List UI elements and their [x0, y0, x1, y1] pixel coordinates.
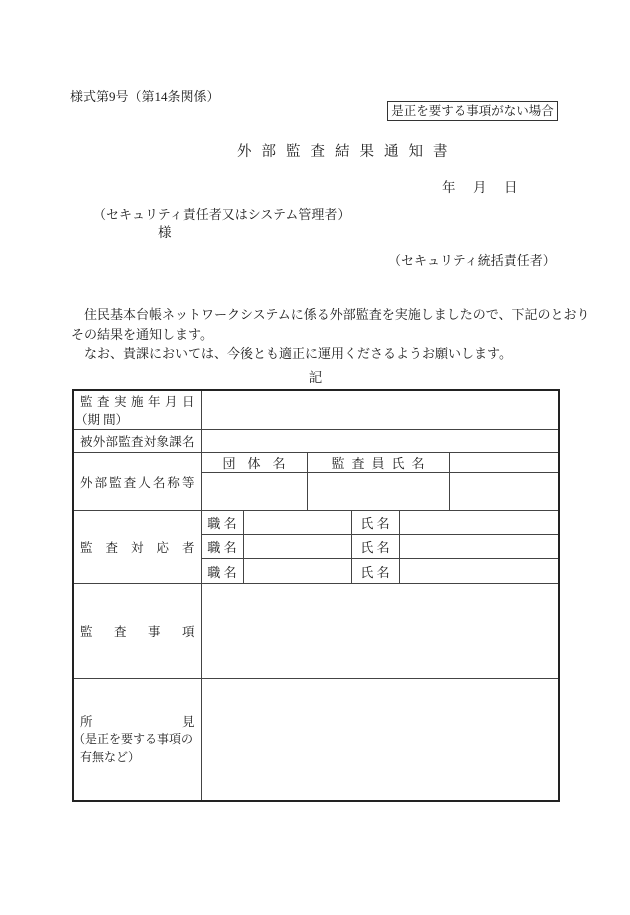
- recipient-honorific: 様: [158, 221, 172, 241]
- findings-label: 所見: [80, 712, 195, 730]
- respondent-name-value-cell: [399, 535, 559, 559]
- auditor-label-cell: 外部監査人名称等: [73, 453, 201, 511]
- correction-note-box: 是正を要する事項がない場合: [387, 101, 558, 121]
- org-name-value-cell: [201, 473, 307, 511]
- respondent-name-label: 氏 名: [351, 559, 399, 584]
- respondents-label: 監査対応者: [80, 538, 195, 556]
- issue-date-line: 年 月 日: [442, 176, 520, 196]
- respondent-title-label: 職 名: [201, 511, 243, 535]
- respondent-name-value-cell: [399, 511, 559, 535]
- audit-date-period-label: （期 間）: [80, 410, 195, 428]
- audited-section-label-cell: 被外部監査対象課名: [73, 430, 201, 453]
- ki-marker: 記: [72, 366, 559, 386]
- auditor-label: 外部監査人名称等: [80, 473, 195, 491]
- correction-note-text: 是正を要する事項がない場合: [391, 104, 554, 118]
- audit-items-label-cell: 監査事項: [73, 584, 201, 679]
- auditor-name-header: 監査員氏名: [307, 453, 449, 473]
- audit-items-value-cell: [201, 584, 559, 679]
- org-name-header: 団体名: [201, 453, 307, 473]
- body-line-3: なお、貴課においては、今後とも適正に運用くださるようお願いします。: [71, 344, 589, 364]
- body-line-1: 住民基本台帳ネットワークシステムに係る外部監査を実施しましたので、下記のとおり: [71, 305, 589, 325]
- document-title: 外部監査結果通知書: [237, 140, 458, 161]
- body-line-2: その結果を通知します。: [71, 325, 589, 345]
- respondent-title-value-cell: [243, 535, 351, 559]
- extra-header-cell: [449, 453, 559, 473]
- respondent-title-value-cell: [243, 511, 351, 535]
- findings-value-cell: [201, 679, 559, 801]
- audit-form-table: 監査実施年月日 （期 間） 被外部監査対象課名 外部監査人名称等 団体名 監査員…: [72, 389, 560, 802]
- audited-section-label: 被外部監査対象課名: [80, 432, 195, 450]
- respondents-label-cell: 監査対応者: [73, 511, 201, 584]
- audited-section-value-cell: [201, 430, 559, 453]
- audit-date-value-cell: [201, 390, 559, 430]
- respondent-name-label: 氏 名: [351, 535, 399, 559]
- document-page: 様式第9号（第14条関係） 是正を要する事項がない場合 外部監査結果通知書 年 …: [0, 0, 630, 915]
- extra-value-cell: [449, 473, 559, 511]
- respondent-name-label: 氏 名: [351, 511, 399, 535]
- audit-date-label-cell: 監査実施年月日 （期 間）: [73, 390, 201, 430]
- findings-label-cell: 所見 （是正を要する事項の有無など）: [73, 679, 201, 801]
- form-number: 様式第9号（第14条関係）: [70, 86, 220, 105]
- respondent-title-label: 職 名: [201, 535, 243, 559]
- recipient-role-label: （セキュリティ責任者又はシステム管理者）: [93, 204, 350, 223]
- respondent-title-value-cell: [243, 559, 351, 584]
- audit-items-label: 監査事項: [80, 622, 195, 640]
- findings-note: （是正を要する事項の有無など）: [80, 730, 195, 766]
- respondent-title-label: 職 名: [201, 559, 243, 584]
- body-paragraph: 住民基本台帳ネットワークシステムに係る外部監査を実施しましたので、下記のとおり …: [71, 305, 589, 364]
- sender-role-label: （セキュリティ統括責任者）: [388, 250, 556, 269]
- audit-date-label: 監査実施年月日: [80, 392, 195, 410]
- respondent-name-value-cell: [399, 559, 559, 584]
- auditor-name-value-cell: [307, 473, 449, 511]
